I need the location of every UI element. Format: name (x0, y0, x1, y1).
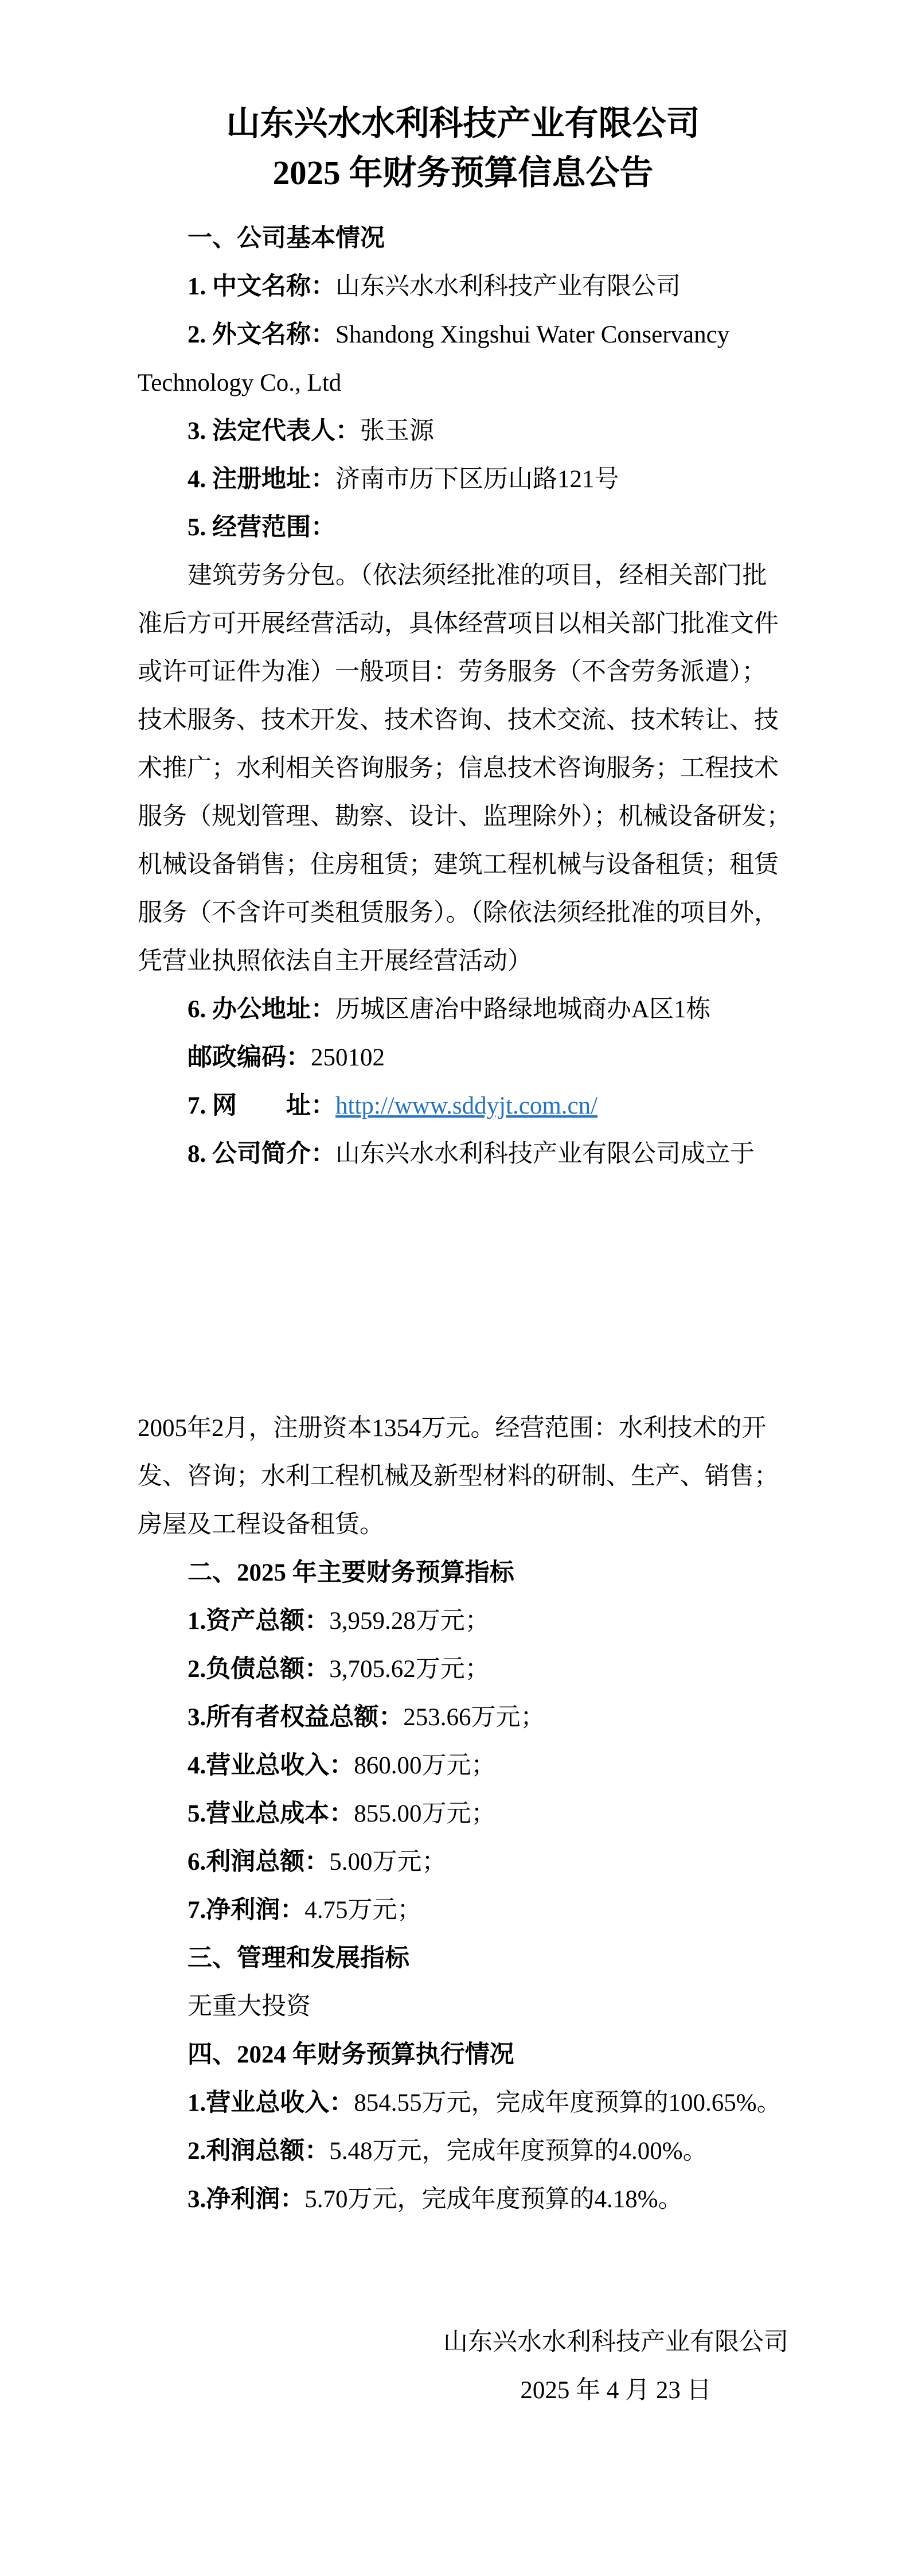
item-company-profile: 8. 公司简介：山东兴水水利科技产业有限公司成立于 (138, 1130, 788, 1178)
section4-heading: 四、2024 年财务预算执行情况 (138, 2031, 788, 2079)
item-value: 854.55万元，完成年度预算的100.65%。 (354, 2089, 781, 2116)
business-scope-line: 机械设备销售；住房租赁；建筑工程机械与设备租赁；租赁 (138, 841, 788, 889)
item-website: 7. 网 址：http://www.sddyjt.com.cn/ (138, 1082, 788, 1130)
item-value: 山东兴水水利科技产业有限公司成立于 (335, 1141, 755, 1168)
execution-item-total-revenue: 1.营业总收入：854.55万元，完成年度预算的100.65%。 (138, 2079, 788, 2127)
section1-heading: 一、公司基本情况 (138, 215, 788, 263)
document-title: 山东兴水水利科技产业有限公司 2025 年财务预算信息公告 (138, 99, 788, 197)
budget-item-owners-equity: 3.所有者权益总额：253.66万元； (138, 1694, 788, 1742)
item-value: 250102 (311, 1044, 385, 1071)
item-registered-address: 4. 注册地址：济南市历下区历山路121号 (138, 456, 788, 504)
document-body: 一、公司基本情况 1. 中文名称：山东兴水水利科技产业有限公司 2. 外文名称：… (138, 215, 788, 2415)
budget-item-total-revenue: 4.营业总收入：860.00万元； (138, 1742, 788, 1790)
execution-item-net-profit: 3.净利润：5.70万元，完成年度预算的4.18%。 (138, 2176, 788, 2224)
item-label: 4. 注册地址： (188, 466, 335, 493)
management-indicator-text: 无重大投资 (138, 1983, 788, 2031)
item-value: 4.75万元； (304, 1897, 421, 1924)
business-scope-line: 或许可证件为准）一般项目：劳务服务（不含劳务派遣）； (138, 648, 788, 696)
item-label: 5.营业总成本： (188, 1800, 354, 1827)
item-label: 4.营业总收入： (188, 1752, 354, 1779)
title-line-2: 2025 年财务预算信息公告 (138, 148, 788, 197)
execution-item-total-profit: 2.利润总额：5.48万元，完成年度预算的4.00%。 (138, 2127, 788, 2176)
budget-item-total-cost: 5.营业总成本：855.00万元； (138, 1790, 788, 1838)
item-label: 7. 网 址： (188, 1092, 335, 1119)
business-scope-line: 服务（不含许可类租赁服务）。（除依法须经批准的项目外， (138, 889, 788, 937)
item-label: 6. 办公地址： (188, 996, 335, 1023)
item-label: 2.负债总额： (188, 1656, 329, 1683)
item-label: 1.营业总收入： (188, 2089, 354, 2116)
item-label: 1. 中文名称： (188, 273, 335, 300)
section2-heading: 二、2025 年主要财务预算指标 (138, 1549, 788, 1597)
item-legal-representative: 3. 法定代表人：张玉源 (138, 407, 788, 456)
item-value: 5.48万元，完成年度预算的4.00%。 (329, 2138, 707, 2165)
company-profile-line: 房屋及工程设备租赁。 (138, 1501, 788, 1549)
budget-item-net-profit: 7.净利润：4.75万元； (138, 1886, 788, 1935)
item-foreign-name: 2. 外文名称：Shandong Xingshui Water Conserva… (138, 311, 788, 359)
signature-date: 2025 年 4 月 23 日 (443, 2367, 788, 2415)
section3-heading: 三、管理和发展指标 (138, 1935, 788, 1983)
business-scope-line: 服务（规划管理、勘察、设计、监理除外）；机械设备研发； (138, 793, 788, 841)
website-link[interactable]: http://www.sddyjt.com.cn/ (335, 1092, 597, 1119)
page-break-gap (138, 1178, 788, 1404)
signature-gap (138, 2224, 788, 2318)
item-value: 855.00万元； (354, 1800, 495, 1827)
item-value: Shandong Xingshui Water Conservancy (335, 321, 729, 348)
business-scope-line: 术推广；水利相关咨询服务；信息技术咨询服务；工程技术 (138, 745, 788, 793)
item-value: 860.00万元； (354, 1752, 495, 1779)
item-value: 张玉源 (360, 418, 434, 445)
title-line-1: 山东兴水水利科技产业有限公司 (138, 99, 788, 148)
foreign-name-continuation: Technology Co., Ltd (138, 359, 788, 407)
item-label: 1.资产总额： (188, 1608, 329, 1635)
budget-item-total-liabilities: 2.负债总额：3,705.62万元； (138, 1645, 788, 1694)
company-profile-line: 发、咨询；水利工程机械及新型材料的研制、生产、销售； (138, 1453, 788, 1501)
signature-company: 山东兴水水利科技产业有限公司 (443, 2318, 788, 2367)
item-value: 253.66万元； (403, 1704, 545, 1731)
document-content: 山东兴水水利科技产业有限公司 2025 年财务预算信息公告 一、公司基本情况 1… (0, 99, 910, 2415)
item-label: 8. 公司简介： (188, 1141, 335, 1168)
item-label: 7.净利润： (188, 1897, 304, 1924)
item-label: 邮政编码： (188, 1044, 311, 1071)
document-page: 山东兴水水利科技产业有限公司 2025 年财务预算信息公告 一、公司基本情况 1… (0, 0, 910, 2576)
item-label: 3.所有者权益总额： (188, 1704, 403, 1731)
item-value: 历城区唐冶中路绿地城商办A区1栋 (335, 996, 711, 1023)
item-label: 6.利润总额： (188, 1849, 329, 1875)
item-office-address: 6. 办公地址：历城区唐冶中路绿地城商办A区1栋 (138, 986, 788, 1034)
budget-item-total-profit: 6.利润总额：5.00万元； (138, 1838, 788, 1886)
item-value: 5.00万元； (329, 1849, 446, 1875)
item-chinese-name: 1. 中文名称：山东兴水水利科技产业有限公司 (138, 263, 788, 311)
budget-item-total-assets: 1.资产总额：3,959.28万元； (138, 1597, 788, 1645)
item-label: 2.利润总额： (188, 2138, 329, 2165)
business-scope-line: 建筑劳务分包。（依法须经批准的项目，经相关部门批 (138, 552, 788, 600)
item-value: 5.70万元，完成年度预算的4.18%。 (304, 2186, 682, 2213)
business-scope-line: 准后方可开展经营活动，具体经营项目以相关部门批准文件 (138, 600, 788, 648)
signature-block: 山东兴水水利科技产业有限公司 2025 年 4 月 23 日 (443, 2318, 788, 2415)
company-profile-line: 2005年2月，注册资本1354万元。经营范围：水利技术的开 (138, 1404, 788, 1453)
item-business-scope-label: 5. 经营范围： (138, 504, 788, 552)
business-scope-line: 凭营业执照依法自主开展经营活动） (138, 937, 788, 986)
item-value: 3,705.62万元； (329, 1656, 490, 1683)
item-label: 3. 法定代表人： (188, 418, 360, 445)
item-postal-code: 邮政编码：250102 (138, 1034, 788, 1082)
item-value: 3,959.28万元； (329, 1608, 490, 1635)
item-value: 山东兴水水利科技产业有限公司 (335, 273, 681, 300)
item-value: 济南市历下区历山路121号 (335, 466, 619, 493)
item-label: 2. 外文名称： (188, 321, 335, 348)
item-label: 3.净利润： (188, 2186, 304, 2213)
business-scope-line: 技术服务、技术开发、技术咨询、技术交流、技术转让、技 (138, 696, 788, 745)
